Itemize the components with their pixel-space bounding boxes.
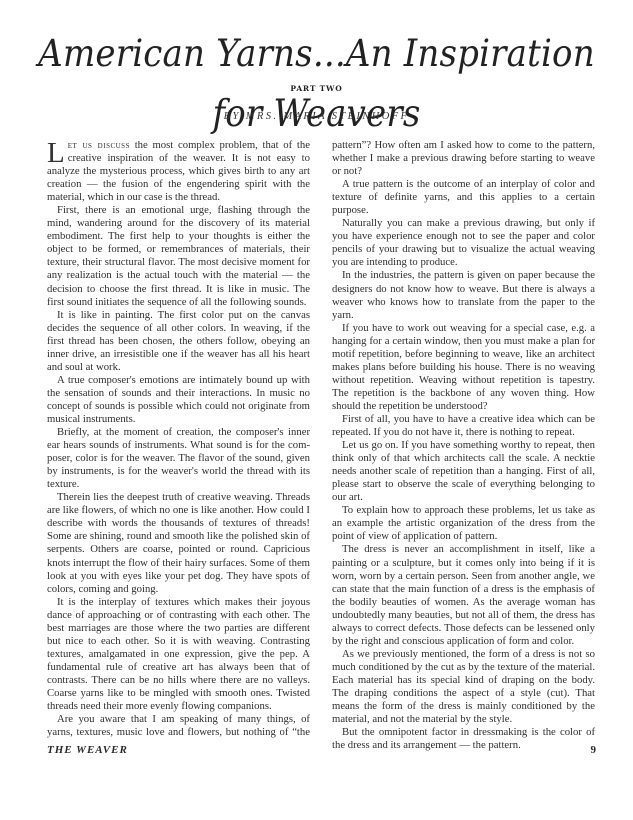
paragraph: First, there is an emotional urge, flash…: [47, 204, 310, 308]
paragraph: It is the interplay of textures which ma…: [47, 596, 310, 713]
paragraph: Briefly, at the moment of creation, the …: [47, 426, 310, 491]
page-number: 9: [582, 744, 596, 756]
article-subtitle: PART TWO: [0, 84, 633, 93]
paragraph: A true composer's emotions are intimatel…: [47, 374, 310, 426]
paragraph: Let us discuss the most complex problem,…: [47, 139, 310, 204]
paragraph: Let us go on. If you have something wort…: [332, 439, 595, 504]
paragraph: Naturally you can make a previous drawin…: [332, 217, 595, 269]
drop-cap: L: [47, 141, 65, 165]
paragraph: It is like in painting. The first color …: [47, 309, 310, 374]
paragraph: Are you aware that I am speaking of many…: [47, 713, 310, 739]
lead-in-smallcaps: et us discuss: [68, 139, 130, 151]
paragraph: To explain how to approach these problem…: [332, 504, 595, 543]
paragraph: Therein lies the deepest truth of creati…: [47, 491, 310, 595]
paragraph: If you have to work out weaving for a sp…: [332, 322, 595, 413]
left-column: Let us discuss the most complex problem,…: [47, 139, 310, 739]
paragraph: In the industries, the pattern is given …: [332, 269, 595, 321]
paragraph: As we previously mentioned, the form of …: [332, 648, 595, 726]
paragraph: A true pattern is the outcome of an inte…: [332, 178, 595, 217]
author-byline: BY MRS. MARIA STEINHOFF: [0, 111, 633, 122]
paragraph: The dress is never an accomplishment in …: [332, 543, 595, 647]
paragraph: But the omnipotent factor in dressmaking…: [332, 726, 595, 752]
publication-name: THE WEAVER: [47, 744, 128, 756]
paragraph: pattern”? How often am I asked how to co…: [332, 139, 595, 178]
right-column: pattern”? How often am I asked how to co…: [332, 139, 595, 752]
paragraph: First of all, you have to have a creativ…: [332, 413, 595, 439]
